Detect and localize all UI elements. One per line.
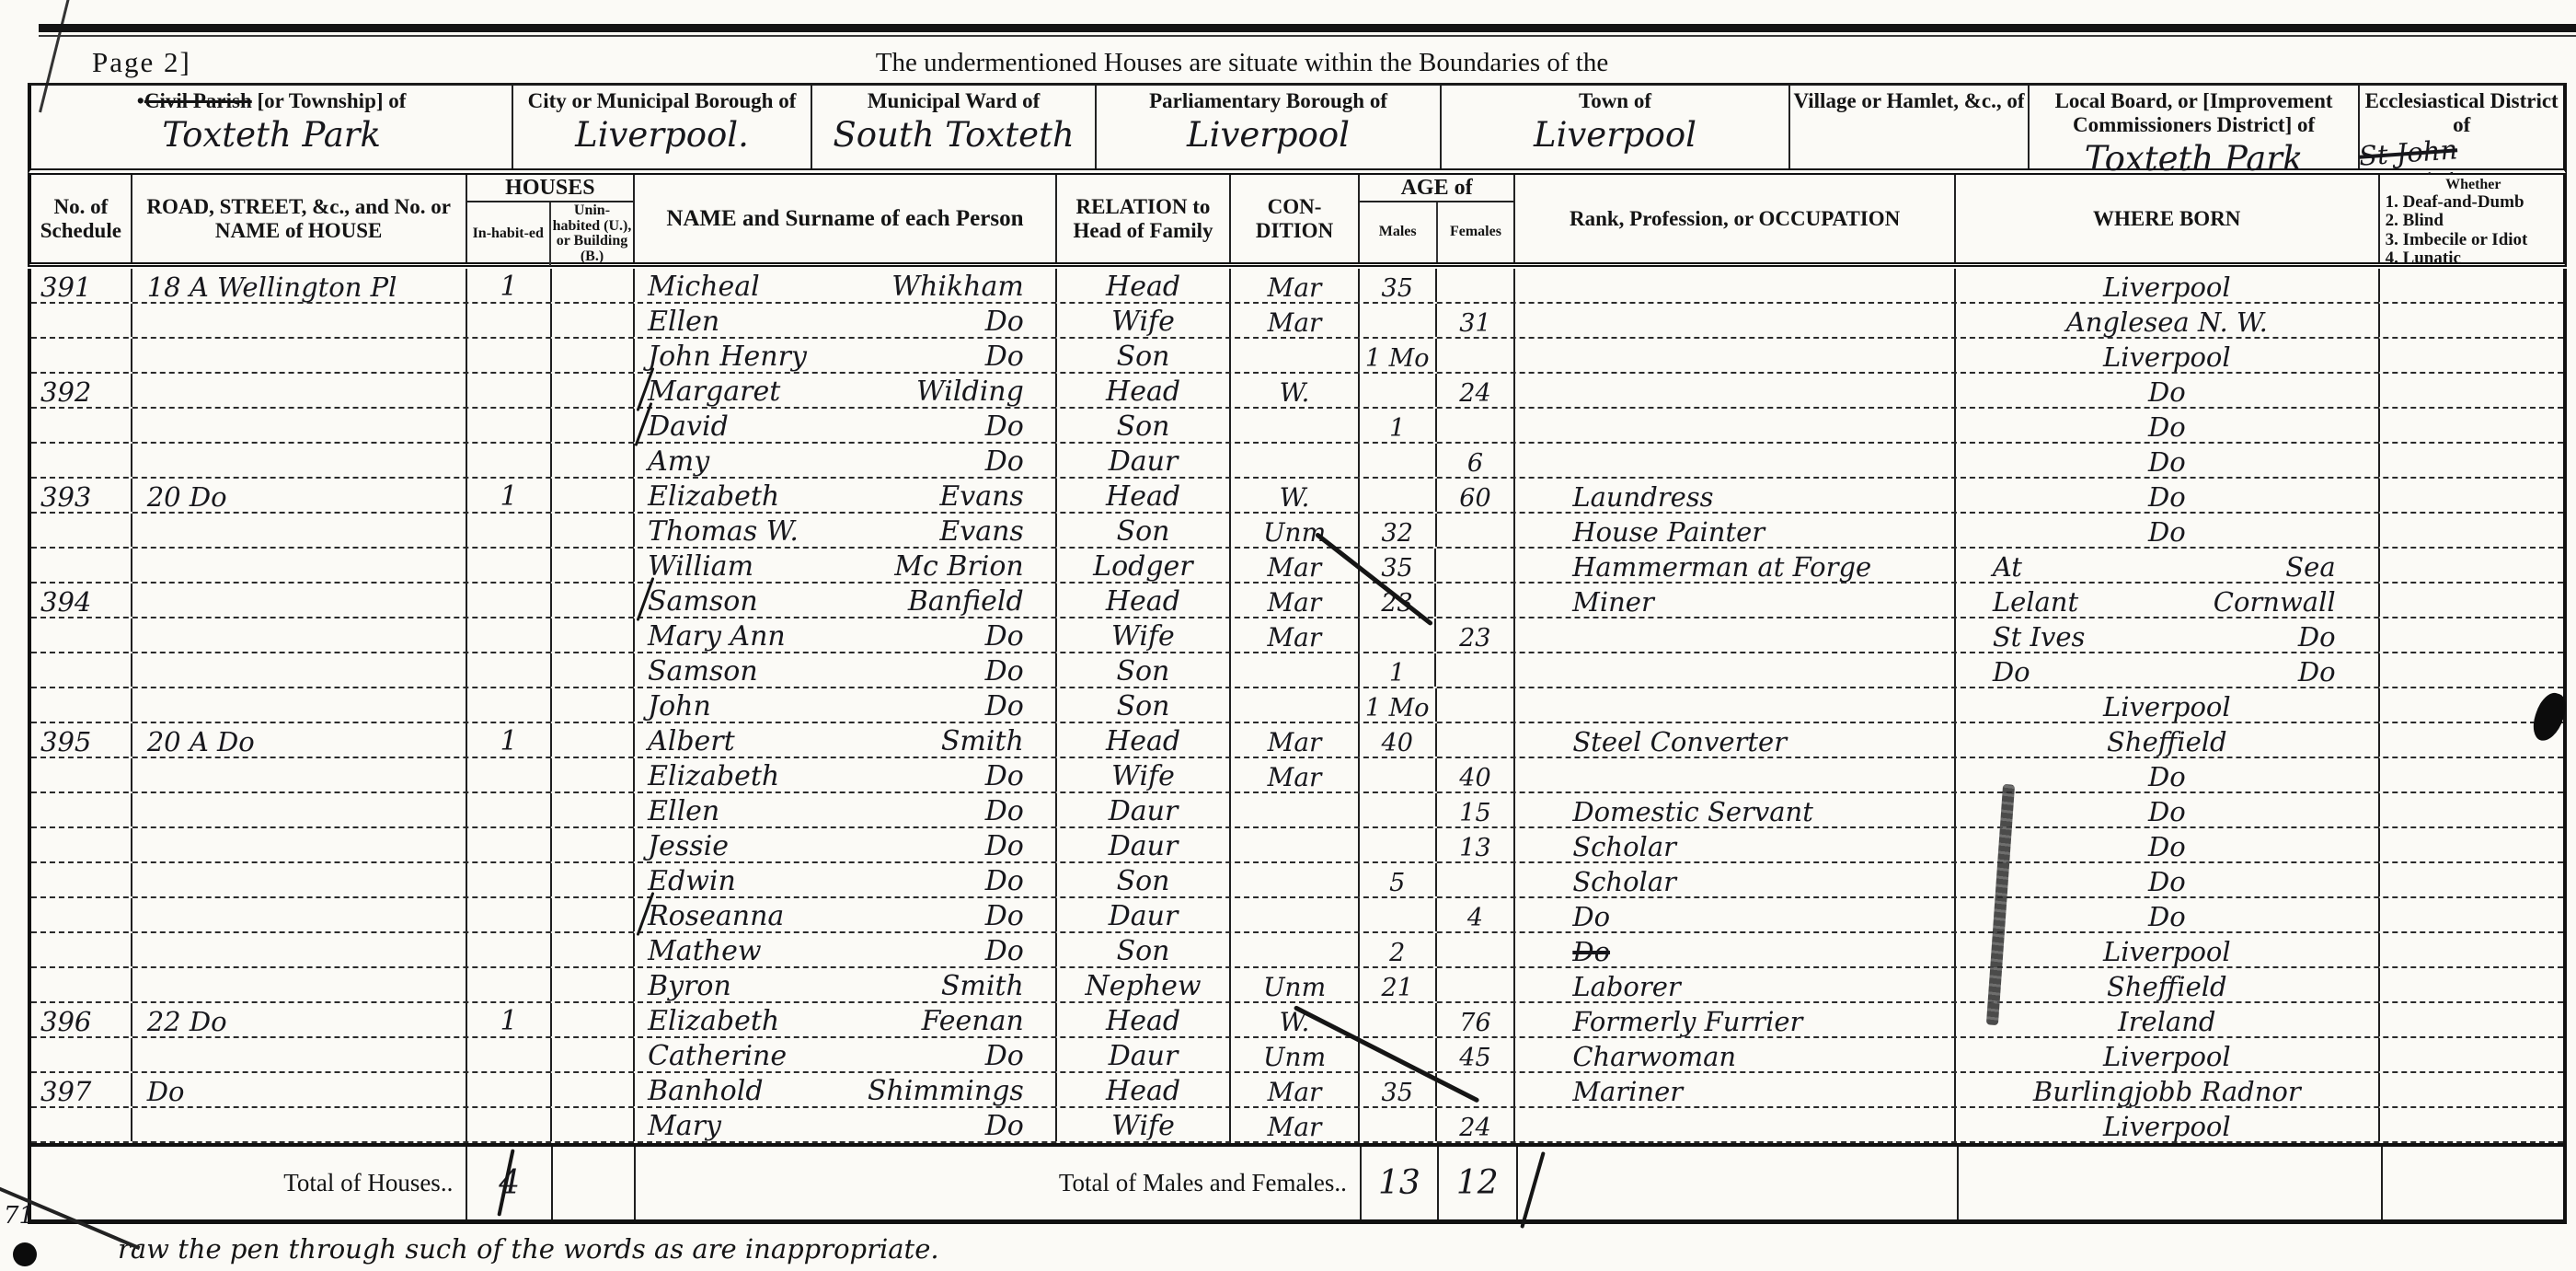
cell-occupation	[1515, 409, 1956, 442]
town-value: Liverpool	[1534, 115, 1696, 155]
cell-houses-uninhabited	[552, 374, 635, 407]
cell-schedule-number	[31, 339, 132, 372]
col-name-header: NAME and Surname of each Person	[635, 175, 1057, 262]
cell-houses-inhabited	[467, 409, 553, 442]
cell-infirmity	[2380, 863, 2563, 896]
cell-houses-inhabited	[467, 758, 553, 791]
cell-condition	[1231, 828, 1360, 861]
cell-condition	[1231, 444, 1360, 477]
cell-road-street	[132, 514, 467, 547]
cell-schedule-number	[31, 304, 132, 337]
col-schedule-header: No. of Schedule	[31, 175, 132, 262]
cell-infirmity	[2380, 374, 2563, 407]
col-infirmity-header: Whether 1. Deaf-and-Dumb 2. Blind 3. Imb…	[2380, 175, 2563, 262]
born-place: Liverpool	[2103, 939, 2231, 965]
born-place-2: Do	[2298, 659, 2336, 686]
cell-age-female	[1437, 723, 1516, 757]
cell-occupation: Scholar	[1515, 863, 1956, 896]
cell-age-female	[1437, 933, 1516, 966]
col-condition-header: CON-DITION	[1231, 175, 1360, 262]
table-column-headers: No. of Schedule ROAD, STREET, &c., and N…	[28, 175, 2567, 267]
cell-age-male	[1360, 758, 1437, 791]
cell-road-street	[132, 793, 467, 826]
cell-relation: Daur	[1057, 898, 1231, 931]
cell-condition: Mar	[1231, 304, 1360, 337]
cell-where-born: Do	[1956, 514, 2380, 547]
cell-age-male: 5	[1360, 863, 1437, 896]
cell-age-female	[1437, 863, 1516, 896]
given-name: Mary	[648, 1113, 721, 1140]
cell-schedule-number	[31, 514, 132, 547]
cell-infirmity	[2380, 1038, 2563, 1071]
cell-infirmity	[2380, 793, 2563, 826]
field-ecclesiastical-district: Ecclesiastical District of St John Bapti…	[2360, 86, 2563, 168]
cell-age-female	[1436, 549, 1515, 582]
given-name: William	[648, 553, 753, 581]
born-place: Liverpool	[2103, 1044, 2231, 1070]
cell-age-male	[1360, 444, 1437, 477]
cell-age-male: 1 Mo	[1360, 688, 1437, 722]
col-inhabited-header: In-habit-ed	[467, 202, 551, 266]
cell-houses-inhabited	[467, 933, 553, 966]
cell-road-street	[132, 933, 467, 966]
cell-person-name: John Do	[635, 688, 1057, 722]
cell-houses-inhabited	[467, 339, 553, 372]
cell-person-name: Micheal Whikham	[635, 269, 1057, 302]
cell-schedule-number	[31, 933, 132, 966]
table-row: Samson Do Son 1 Do Do	[31, 653, 2563, 688]
cell-schedule-number	[31, 898, 132, 931]
cell-where-born: Do	[1956, 898, 2380, 931]
born-place: St Ives	[1993, 624, 2086, 651]
cell-houses-inhabited	[467, 828, 553, 861]
surname: Do	[985, 903, 1024, 930]
cell-houses-inhabited	[467, 444, 553, 477]
cell-occupation	[1515, 444, 1956, 477]
surname: Do	[985, 623, 1024, 651]
cell-age-male	[1360, 1003, 1437, 1036]
cell-age-male	[1360, 828, 1437, 861]
table-row: Jessie Do Daur 13 Scholar Do	[31, 828, 2563, 863]
table-row: Ellen Do Daur 15 Domestic Servant Do	[31, 793, 2563, 828]
surname: Shimmings	[868, 1078, 1024, 1105]
houses-group-title: HOUSES	[467, 175, 633, 202]
cell-occupation	[1515, 339, 1956, 372]
banner-title: The undermentioned Houses are situate wi…	[460, 48, 2024, 78]
cell-occupation	[1515, 618, 1956, 652]
given-name: John	[648, 693, 711, 721]
cell-age-female: 40	[1437, 758, 1516, 791]
born-place-2: Sea	[2285, 554, 2335, 581]
totals-born-blank	[1959, 1147, 2383, 1219]
cell-infirmity	[2380, 968, 2563, 1001]
cell-infirmity	[2380, 409, 2563, 442]
total-females-value: 12	[1439, 1147, 1518, 1219]
cell-occupation: Laborer	[1515, 968, 1956, 1001]
cell-age-female	[1437, 514, 1516, 547]
cell-age-male: 2	[1360, 933, 1437, 966]
surname: Do	[985, 868, 1024, 895]
table-row: Ellen Do Wife Mar 31 Anglesea N. W.	[31, 304, 2563, 339]
born-place: Liverpool	[2103, 274, 2231, 301]
col-where-born-header: WHERE BORN	[1956, 175, 2380, 262]
cell-houses-uninhabited	[552, 863, 635, 896]
col-occupation-header: Rank, Profession, or OCCUPATION	[1515, 175, 1956, 262]
cell-condition: W.	[1231, 479, 1360, 512]
given-name: Micheal	[648, 273, 760, 301]
cell-houses-uninhabited	[552, 793, 635, 826]
town-label: Town of	[1579, 89, 1651, 113]
cell-condition	[1231, 339, 1360, 372]
cell-road-street: Do	[132, 1073, 467, 1106]
cell-occupation	[1515, 1108, 1956, 1141]
cell-where-born: Do	[1956, 479, 2380, 512]
table-row: Mary Do Wife Mar 24 Liverpool	[31, 1108, 2563, 1143]
cell-houses-uninhabited	[552, 688, 635, 722]
cell-road-street	[132, 339, 467, 372]
surname: Do	[985, 343, 1024, 371]
cell-schedule-number	[31, 653, 132, 687]
civil-parish-value: Toxteth Park	[162, 115, 381, 155]
given-name: Byron	[648, 973, 731, 1000]
cell-condition: Mar	[1231, 269, 1360, 302]
cell-houses-uninhabited	[552, 304, 635, 337]
cell-person-name: Elizabeth Do	[635, 758, 1057, 791]
given-name: Samson	[648, 588, 758, 616]
surname: Do	[985, 1043, 1024, 1070]
cell-houses-uninhabited	[552, 968, 635, 1001]
total-houses-label: Total of Houses..	[31, 1147, 467, 1219]
cell-where-born: Do	[1956, 863, 2380, 896]
table-row: Thomas W. Evans Son Unm 32 House Painter…	[31, 514, 2563, 549]
cell-occupation: Do	[1515, 933, 1956, 966]
infirmity-line-2: 2. Blind	[2386, 212, 2444, 231]
table-row: John Do Son 1 Mo Liverpool	[31, 688, 2563, 723]
born-place: Liverpool	[2103, 344, 2231, 371]
table-row: 397 Do Banhold Shimmings Head Mar 35 Mar…	[31, 1073, 2563, 1108]
given-name: Mary Ann	[648, 623, 786, 651]
cell-occupation: Hammerman at Forge	[1515, 549, 1956, 582]
cell-age-male: 32	[1360, 514, 1437, 547]
cell-person-name: Margaret Wilding	[635, 374, 1057, 407]
born-place: Sheffield	[2107, 974, 2227, 1000]
surname: Do	[985, 938, 1024, 965]
cell-where-born: Do	[1956, 758, 2380, 791]
cell-age-female: 4	[1437, 898, 1516, 931]
cell-schedule-number: 392	[31, 374, 132, 407]
cell-condition: Mar	[1231, 723, 1360, 757]
cell-age-male	[1360, 618, 1437, 652]
cell-relation: Daur	[1057, 828, 1231, 861]
cell-relation: Son	[1057, 863, 1231, 896]
cell-schedule-number	[31, 863, 132, 896]
cell-relation: Head	[1057, 374, 1231, 407]
cell-houses-uninhabited	[552, 549, 635, 582]
cell-person-name: Mary Ann Do	[635, 618, 1057, 652]
locality-header: •Civil Parish [or Township] of Toxteth P…	[28, 83, 2567, 175]
surname: Do	[985, 413, 1024, 441]
cell-road-street: 20 Do	[132, 479, 467, 512]
cell-infirmity	[2380, 444, 2563, 477]
cell-houses-uninhabited	[552, 723, 635, 757]
cell-where-born: Do	[1956, 828, 2380, 861]
cell-infirmity	[2380, 514, 2563, 547]
born-place: Do	[1993, 659, 2030, 686]
cell-infirmity	[2380, 269, 2563, 302]
cell-houses-uninhabited	[552, 479, 635, 512]
surname: Do	[985, 1113, 1024, 1140]
cell-person-name: David Do	[635, 409, 1057, 442]
cell-occupation: House Painter	[1515, 514, 1956, 547]
infirmity-line-4: 4. Lunatic	[2386, 249, 2461, 269]
given-name: Banhold	[648, 1078, 763, 1105]
field-civil-parish: •Civil Parish [or Township] of Toxteth P…	[31, 86, 513, 168]
col-uninhabited-header: Unin-habited (U.), or Building (B.)	[551, 202, 633, 266]
cell-occupation: Laundress	[1515, 479, 1956, 512]
cell-infirmity	[2380, 1108, 2563, 1141]
cell-occupation: Do	[1515, 898, 1956, 931]
cell-schedule-number	[31, 968, 132, 1001]
cell-age-female: 23	[1436, 618, 1515, 652]
cell-road-street	[132, 828, 467, 861]
cell-infirmity	[2380, 933, 2563, 966]
cell-road-street	[132, 758, 467, 791]
cell-condition: Mar	[1231, 758, 1360, 791]
given-name: Elizabeth	[648, 483, 779, 511]
cell-relation: Wife	[1057, 618, 1231, 652]
cell-occupation: Miner	[1515, 584, 1956, 617]
local-board-label: Local Board, or [Improvement Commissione…	[2030, 89, 2358, 137]
cell-age-male	[1360, 793, 1437, 826]
surname: Banfield	[908, 588, 1024, 616]
cell-relation: Lodger	[1057, 549, 1231, 582]
cell-road-street: 20 A Do	[132, 723, 467, 757]
cell-houses-inhabited	[467, 793, 553, 826]
cell-age-female: 15	[1437, 793, 1516, 826]
cell-road-street	[132, 374, 467, 407]
col-relation-header: RELATION to Head of Family	[1057, 175, 1231, 262]
born-place: At	[1993, 554, 2022, 581]
cell-age-female	[1437, 968, 1516, 1001]
cell-relation: Head	[1057, 723, 1231, 757]
born-place: Anglesea N. W.	[2066, 309, 2268, 336]
cell-relation: Head	[1057, 584, 1231, 617]
cell-person-name: Ellen Do	[635, 304, 1057, 337]
cell-houses-inhabited	[467, 1038, 553, 1071]
parliamentary-borough-label: Parliamentary Borough of	[1149, 89, 1387, 113]
cell-condition: Unm	[1231, 968, 1360, 1001]
cell-schedule-number	[31, 688, 132, 722]
born-place: Do	[2148, 764, 2186, 791]
municipal-ward-value: South Toxteth	[833, 115, 1074, 155]
table-row: Amy Do Daur 6 Do	[31, 444, 2563, 479]
table-row: Byron Smith Nephew Unm 21 Laborer Sheffi…	[31, 968, 2563, 1003]
given-name: Elizabeth	[648, 763, 779, 791]
cell-where-born: Liverpool	[1956, 1108, 2380, 1141]
born-place-2: Do	[2298, 624, 2336, 651]
surname: Smith	[941, 973, 1024, 1000]
cell-houses-inhabited	[467, 1108, 553, 1141]
cell-houses-uninhabited	[552, 653, 635, 687]
cell-infirmity	[2380, 828, 2563, 861]
surname: Mc Brion	[894, 553, 1023, 581]
cell-age-female: 45	[1437, 1038, 1516, 1071]
given-name: Jessie	[648, 833, 729, 861]
cell-where-born: At Sea	[1956, 549, 2380, 582]
margin-mark: 71	[4, 1202, 34, 1230]
cell-where-born: Anglesea N. W.	[1956, 304, 2380, 337]
given-name: Elizabeth	[648, 1008, 779, 1035]
table-row: 392 Margaret Wilding Head W. 24 Do	[31, 374, 2563, 409]
col-age-header: AGE of Males Females	[1360, 175, 1516, 262]
cell-where-born: Ireland	[1956, 1003, 2380, 1036]
top-rule-thin	[39, 35, 2576, 37]
surname: Do	[985, 833, 1024, 861]
cell-relation: Head	[1057, 269, 1231, 302]
cell-houses-inhabited	[467, 304, 553, 337]
cell-houses-uninhabited	[552, 1038, 635, 1071]
cell-houses-uninhabited	[552, 1073, 635, 1106]
born-place: Ireland	[2118, 1009, 2215, 1035]
field-local-board: Local Board, or [Improvement Commissione…	[2030, 86, 2360, 168]
cell-schedule-number: 395	[31, 723, 132, 757]
cell-where-born: Do	[1956, 444, 2380, 477]
cell-road-street	[132, 618, 467, 652]
table-row: Catherine Do Daur Unm 45 Charwoman Liver…	[31, 1038, 2563, 1073]
cell-person-name: Banhold Shimmings	[635, 1073, 1057, 1106]
cell-road-street	[132, 653, 467, 687]
cell-infirmity	[2380, 479, 2563, 512]
cell-person-name: Edwin Do	[635, 863, 1057, 896]
col-age-females-header: Females	[1438, 202, 1514, 262]
field-city-borough: City or Municipal Borough of Liverpool.	[513, 86, 812, 168]
table-row: 391 18 A Wellington Pl 1 Micheal Whikham…	[31, 269, 2563, 304]
table-row: Edwin Do Son 5 Scholar Do	[31, 863, 2563, 898]
cell-age-male: 35	[1360, 269, 1437, 302]
cell-person-name: Mathew Do	[635, 933, 1057, 966]
surname: Smith	[941, 728, 1024, 756]
col-road-header: ROAD, STREET, &c., and No. or NAME of HO…	[132, 175, 467, 262]
cell-person-name: Roseanna Do	[635, 898, 1057, 931]
cell-schedule-number	[31, 549, 132, 582]
cell-person-name: Thomas W. Evans	[635, 514, 1057, 547]
cell-road-street	[132, 688, 467, 722]
totals-occupation-blank	[1518, 1147, 1959, 1219]
cell-infirmity	[2380, 618, 2563, 652]
cell-relation: Son	[1057, 688, 1231, 722]
cell-condition: W.	[1231, 374, 1360, 407]
cell-relation: Wife	[1057, 1108, 1231, 1141]
born-place: Sheffield	[2107, 729, 2227, 756]
given-name: Catherine	[648, 1043, 787, 1070]
cell-houses-inhabited	[467, 618, 553, 652]
cell-schedule-number	[31, 1108, 132, 1141]
cell-where-born: St Ives Do	[1956, 618, 2380, 652]
civil-parish-label: •Civil Parish [or Township] of	[137, 89, 407, 113]
table-row: Elizabeth Do Wife Mar 40 Do	[31, 758, 2563, 793]
cell-relation: Son	[1057, 409, 1231, 442]
cell-houses-uninhabited	[552, 618, 635, 652]
cell-road-street	[132, 968, 467, 1001]
cell-road-street	[132, 409, 467, 442]
cell-relation: Son	[1057, 514, 1231, 547]
table-row: 393 20 Do 1 Elizabeth Evans Head W. 60 L…	[31, 479, 2563, 514]
cell-road-street	[132, 1038, 467, 1071]
cell-where-born: Burlingjobb Radnor	[1956, 1073, 2380, 1106]
cell-houses-inhabited: 1	[467, 1003, 553, 1036]
table-row: William Mc Brion Lodger Mar 35 Hammerman…	[31, 549, 2563, 584]
cell-relation: Son	[1057, 653, 1231, 687]
table-row: John Henry Do Son 1 Mo Liverpool	[31, 339, 2563, 374]
cell-relation: Head	[1057, 1003, 1231, 1036]
cell-occupation	[1515, 758, 1956, 791]
cell-schedule-number: 396	[31, 1003, 132, 1036]
col-age-males-header: Males	[1360, 202, 1438, 262]
col-houses-header: HOUSES In-habit-ed Unin-habited (U.), or…	[467, 175, 635, 262]
cell-relation: Wife	[1057, 304, 1231, 337]
table-row: Mathew Do Son 2 Do Liverpool	[31, 933, 2563, 968]
born-place: Do	[2148, 379, 2186, 406]
cell-houses-uninhabited	[552, 898, 635, 931]
born-place: Do	[2148, 904, 2186, 930]
cell-relation: Nephew	[1057, 968, 1231, 1001]
born-place: Do	[2148, 519, 2186, 546]
cell-condition: Mar	[1231, 1073, 1360, 1106]
born-place: Do	[2148, 799, 2186, 826]
cell-occupation	[1515, 688, 1956, 722]
field-village-hamlet: Village or Hamlet, &c., of	[1790, 86, 2030, 168]
cell-condition: Mar	[1231, 618, 1360, 652]
infirmity-title: Whether	[2386, 177, 2561, 193]
cell-houses-inhabited	[467, 898, 553, 931]
cell-schedule-number	[31, 1038, 132, 1071]
cell-relation: Daur	[1057, 793, 1231, 826]
cell-occupation: Formerly Furrier	[1515, 1003, 1956, 1036]
cell-age-female: 6	[1437, 444, 1516, 477]
cell-age-female	[1436, 584, 1515, 617]
born-place: Do	[2148, 834, 2186, 861]
infirmity-line-1: 1. Deaf-and-Dumb	[2386, 193, 2524, 213]
cell-person-name: Amy Do	[635, 444, 1057, 477]
cell-infirmity	[2380, 584, 2563, 617]
cell-occupation	[1515, 653, 1956, 687]
cell-age-male	[1360, 304, 1437, 337]
city-borough-value: Liverpool.	[575, 115, 749, 155]
cell-where-born: Lelant Cornwall	[1956, 584, 2380, 617]
cell-condition: Mar	[1231, 1108, 1360, 1141]
cell-houses-uninhabited	[552, 933, 635, 966]
cell-relation: Daur	[1057, 444, 1231, 477]
cell-person-name: Elizabeth Evans	[635, 479, 1057, 512]
given-name: Ellen	[648, 798, 719, 826]
cell-condition	[1231, 653, 1360, 687]
cell-relation: Head	[1057, 479, 1231, 512]
cell-occupation	[1515, 304, 1956, 337]
cell-infirmity	[2380, 304, 2563, 337]
ink-blot-corner	[13, 1242, 37, 1266]
cell-infirmity	[2380, 758, 2563, 791]
cell-age-male: 40	[1360, 723, 1437, 757]
cell-infirmity	[2380, 339, 2563, 372]
cell-relation: Son	[1057, 339, 1231, 372]
census-page: Page 2] The undermentioned Houses are si…	[0, 0, 2576, 1271]
given-name: Amy	[648, 448, 709, 476]
surname: Wilding	[916, 378, 1024, 406]
cell-houses-uninhabited	[552, 339, 635, 372]
cell-road-street	[132, 863, 467, 896]
cell-schedule-number	[31, 409, 132, 442]
cell-houses-uninhabited	[552, 828, 635, 861]
